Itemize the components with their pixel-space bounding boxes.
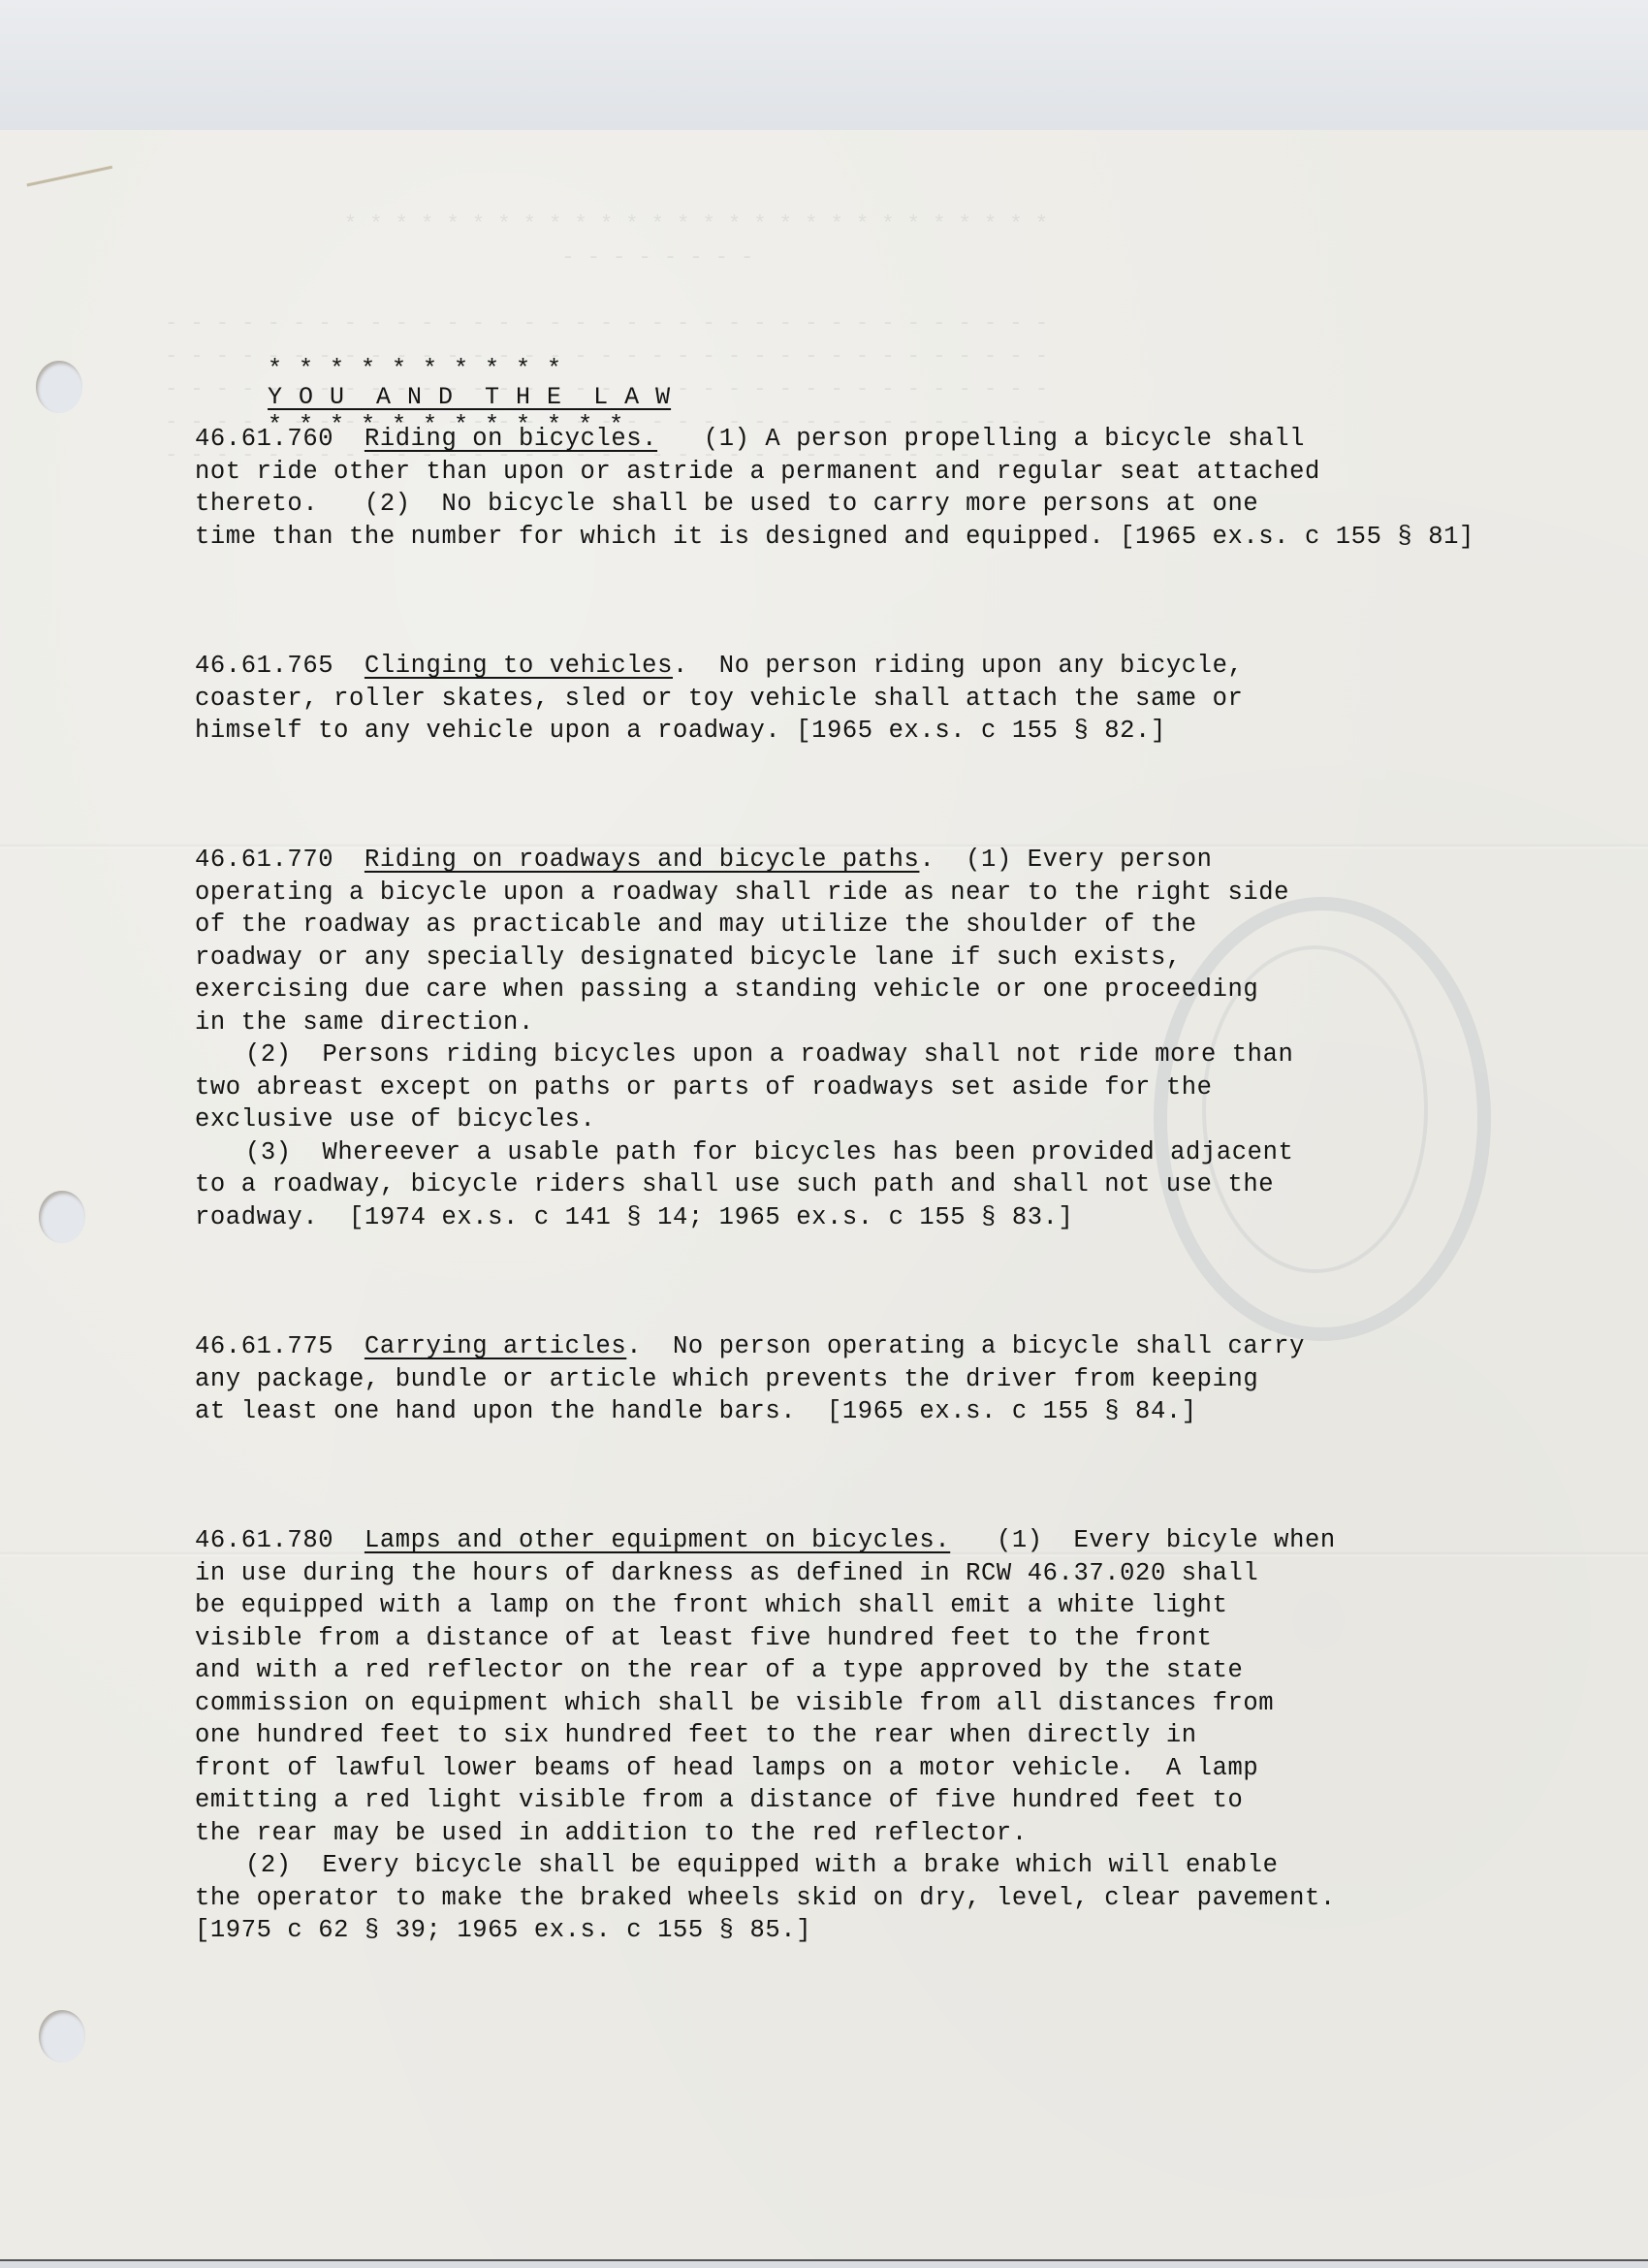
statute-line: exclusive use of bicycles. [195,1103,1293,1136]
statute-line: 46.61.780 Lamps and other equipment on b… [195,1524,1336,1557]
statute-line: one hundred feet to six hundred feet to … [195,1719,1336,1752]
statute-section-46-61-770: 46.61.770 Riding on roadways and bicycle… [195,844,1293,1233]
statute-heading: Carrying articles [364,1332,626,1360]
statute-section-46-61-760: 46.61.760 Riding on bicycles. (1) A pers… [195,423,1474,553]
statute-heading: Lamps and other equipment on bicycles. [364,1526,950,1554]
statute-number: 46.61.765 [195,652,364,680]
statute-heading: Riding on bicycles. [364,425,657,453]
statute-line: thereto. (2) No bicycle shall be used to… [195,488,1474,521]
statute-text: (1) Every bicyle when [950,1526,1336,1554]
statute-line: roadway or any specially designated bicy… [195,942,1293,974]
statute-text: (1) A person propelling a bicycle shall [657,425,1305,453]
scanner-backing-top [0,0,1648,130]
statute-text: . No person riding upon any bicycle, [673,652,1243,680]
statute-line: the rear may be used in addition to the … [195,1817,1336,1850]
statute-line: be equipped with a lamp on the front whi… [195,1589,1336,1622]
statute-line: (2) Persons riding bicycles upon a roadw… [195,1038,1293,1071]
statute-line: 46.61.775 Carrying articles. No person o… [195,1330,1305,1363]
statute-line: 46.61.765 Clinging to vehicles. No perso… [195,650,1243,683]
statute-line: roadway. [1974 ex.s. c 141 § 14; 1965 ex… [195,1201,1293,1234]
statute-line: (3) Whereever a usable path for bicycles… [195,1136,1293,1169]
statute-line: emitting a red light visible from a dist… [195,1784,1336,1817]
statute-section-46-61-775: 46.61.775 Carrying articles. No person o… [195,1330,1305,1428]
statute-line: the operator to make the braked wheels s… [195,1882,1336,1915]
statute-line: in use during the hours of darkness as d… [195,1557,1336,1590]
statute-number: 46.61.770 [195,846,364,874]
statute-text: . No person operating a bicycle shall ca… [626,1332,1305,1360]
statute-line: [1975 c 62 § 39; 1965 ex.s. c 155 § 85.] [195,1914,1336,1947]
statute-number: 46.61.780 [195,1526,364,1554]
statute-number: 46.61.760 [195,425,364,453]
statute-line: commission on equipment which shall be v… [195,1687,1336,1720]
statute-heading: Clinging to vehicles [364,652,673,680]
statute-line: any package, bundle or article which pre… [195,1363,1305,1396]
statute-section-46-61-780: 46.61.780 Lamps and other equipment on b… [195,1524,1336,1947]
statute-line: himself to any vehicle upon a roadway. [… [195,715,1243,748]
punch-hole [39,2010,85,2062]
statute-line: exercising due care when passing a stand… [195,974,1293,1006]
statute-section-46-61-765: 46.61.765 Clinging to vehicles. No perso… [195,650,1243,748]
statute-text: . (1) Every person [919,846,1212,874]
statute-line: at least one hand upon the handle bars. … [195,1395,1305,1428]
punch-hole [36,361,82,413]
statute-line: time than the number for which it is des… [195,521,1474,554]
statute-line: two abreast except on paths or parts of … [195,1071,1293,1104]
statute-line: (2) Every bicycle shall be equipped with… [195,1849,1336,1882]
statute-number: 46.61.775 [195,1332,364,1360]
statute-line: coaster, roller skates, sled or toy vehi… [195,683,1243,716]
statute-line: and with a red reflector on the rear of … [195,1654,1336,1687]
statute-line: of the roadway as practicable and may ut… [195,909,1293,942]
scanner-backing-bottom [0,2259,1648,2268]
statute-line: operating a bicycle upon a roadway shall… [195,877,1293,910]
statute-line: 46.61.760 Riding on bicycles. (1) A pers… [195,423,1474,456]
statute-line: to a roadway, bicycle riders shall use s… [195,1168,1293,1201]
statute-line: in the same direction. [195,1006,1293,1039]
statute-line: 46.61.770 Riding on roadways and bicycle… [195,844,1293,877]
statute-line: not ride other than upon or astride a pe… [195,456,1474,489]
title-text: Y O U A N D T H E L A W [268,383,671,411]
statute-line: visible from a distance of at least five… [195,1622,1336,1655]
statute-line: front of lawful lower beams of head lamp… [195,1752,1336,1785]
statute-heading: Riding on roadways and bicycle paths [364,846,920,874]
title-stars-left: * * * * * * * * * * [268,355,562,383]
punch-hole [39,1191,85,1243]
